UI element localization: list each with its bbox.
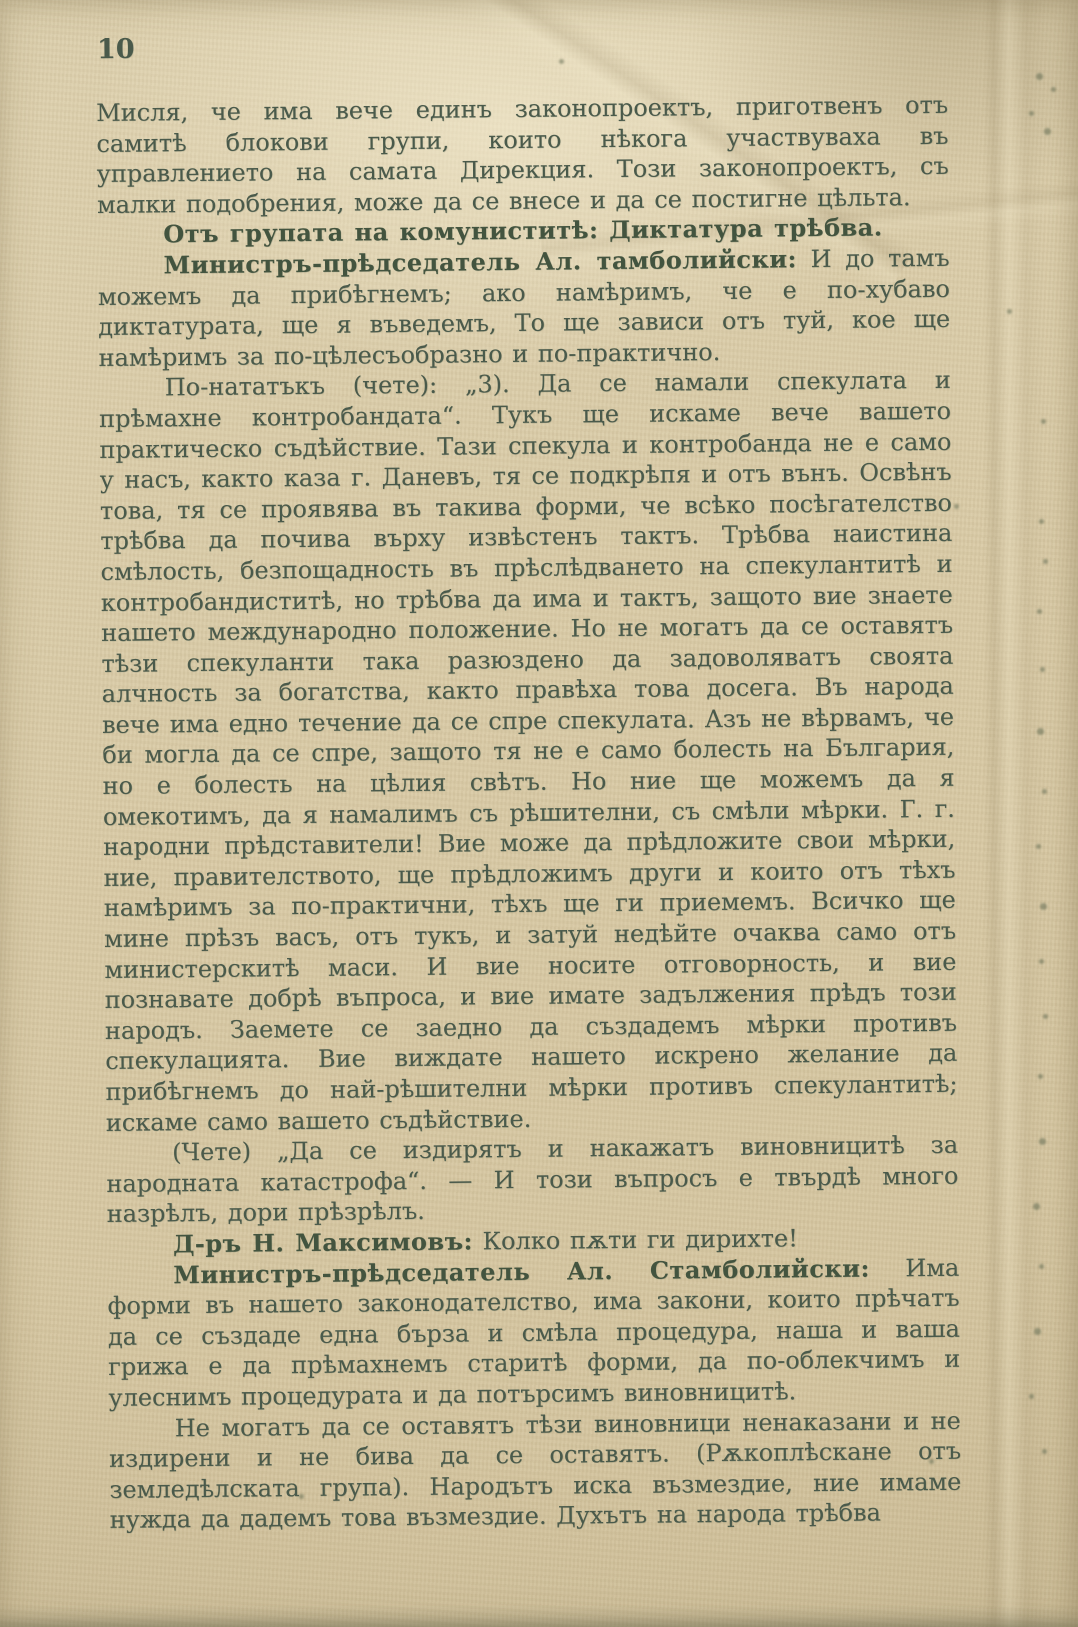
paragraph: Мисля, че има вече единъ законопроектъ, … (96, 90, 949, 221)
paragraph: Не могатъ да се оставятъ тѣзи виновници … (109, 1405, 962, 1536)
paragraph: (Чете) „Да се издирятъ и накажатъ виновн… (106, 1130, 959, 1230)
speaker-name: Министръ-прѣдседатель Ал. тамболийски: (163, 244, 797, 279)
speech-text: По-нататъкъ (чете): „3). Да се намали сп… (99, 366, 958, 1136)
paragraph: По-нататъкъ (чете): „3). Да се намали сп… (99, 365, 958, 1138)
speech-text: Колко пѫти ги дирихте! (473, 1224, 798, 1255)
speaker-name: Д-ръ Н. Максимовъ: (173, 1226, 473, 1258)
speech-text: (Чете) „Да се издирятъ и накажатъ виновн… (106, 1131, 958, 1228)
page-number: 10 (97, 34, 135, 65)
ink-bleed-marks (0, 0, 3, 3)
speaker-name: Отъ групата на комуниститѣ: Диктатура тр… (163, 213, 883, 249)
scanned-page: 10 Мисля, че има вече единъ законопроект… (0, 0, 1078, 1627)
speech-text: Мисля, че има вече единъ законопроектъ, … (96, 91, 949, 219)
speech-text: Не могатъ да се оставятъ тѣзи виновници … (109, 1406, 962, 1534)
paragraph: Министръ-прѣдседатель Ал. Стамболийски: … (107, 1252, 960, 1413)
speaker-name: Министръ-прѣдседатель Ал. Стамболийски: (173, 1253, 870, 1289)
text-block: Мисля, че има вече единъ законопроектъ, … (96, 90, 962, 1536)
paragraph: Министръ-прѣдседатель Ал. тамболийски: И… (97, 243, 950, 374)
